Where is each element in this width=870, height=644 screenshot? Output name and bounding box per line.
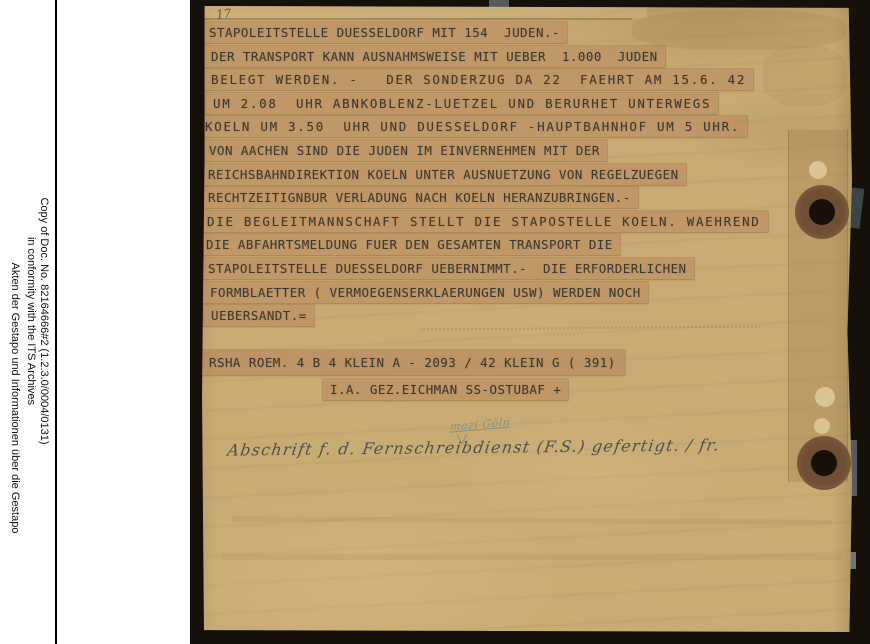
akten-label-block: Akten der Gestapo und Informationen über… bbox=[8, 233, 22, 563]
paper-streak-2 bbox=[222, 554, 842, 560]
telegram-line: DER TRANSPORT KANN AUSNAHMSWEISE MIT UEB… bbox=[204, 46, 665, 67]
doc-copy-label: Copy of Doc. No. 82164666#2 (1.2.3.0/000… bbox=[37, 171, 50, 471]
paper-crease-line bbox=[202, 18, 632, 20]
punch-hole-reinforcement-lower bbox=[797, 436, 851, 490]
paper-streak-1 bbox=[232, 516, 832, 524]
telegram-line: KOELN UM 3.50 UHR UND DUESSELDORF -HAUPT… bbox=[198, 116, 747, 137]
telegram-line: FORMBLAETTER ( VERMOEGENSERKLAERUNGEN US… bbox=[203, 282, 648, 303]
telegram-line: DIE BEGLEITMANNSCHAFT STELLT DIE STAPOST… bbox=[200, 211, 768, 232]
paper-light-spot bbox=[814, 418, 830, 434]
telegram-line: UM 2.08 UHR ABNKOBLENZ-LUETZEL UND BERUR… bbox=[206, 93, 718, 114]
handwritten-note: Abschrift f. d. Fernschreibdienst (F.S.)… bbox=[226, 435, 721, 459]
telegram-line: STAPOLEITSTELLE DUESSELDORF MIT 154 JUDE… bbox=[202, 22, 567, 43]
tape-residue-stain bbox=[632, 10, 847, 50]
archive-stamp-block: Copy of Doc. No. 82164666#2 (1.2.3.0/000… bbox=[24, 171, 50, 471]
telegram-line: REICHSBAHNDIREKTION KOELN UNTER AUSNUETZ… bbox=[201, 164, 686, 185]
reference-line: RSHA ROEM. 4 B 4 KLEIN A - 2093 / 42 KLE… bbox=[200, 350, 625, 375]
erased-pencil-scribble bbox=[420, 326, 760, 335]
margin-divider-line bbox=[55, 0, 57, 644]
punch-hole-upper bbox=[809, 199, 835, 225]
telegram-line: RECHTZEITIGNBUR VERLADUNG NACH KOELN HER… bbox=[201, 187, 638, 208]
photo-background: 17 STAPOLEITSTELLE DUESSELDORF MIT 154 J… bbox=[190, 0, 870, 644]
paper-top-band bbox=[202, 6, 647, 18]
punch-hole-lower bbox=[811, 450, 837, 476]
conformity-label: in conformity with the ITS Archives bbox=[24, 171, 37, 471]
telegram-line: UEBERSANDT.= bbox=[204, 305, 314, 326]
top-notch-mark bbox=[489, 0, 509, 8]
telegram-paper: 17 STAPOLEITSTELLE DUESSELDORF MIT 154 J… bbox=[202, 6, 852, 632]
telegram-line: BELEGT WERDEN. - DER SONDERZUG DA 22 FAE… bbox=[204, 69, 753, 90]
signature-line: I.A. GEZ.EICHMAN SS-OSTUBAF + bbox=[323, 379, 568, 400]
akten-label: Akten der Gestapo und Informationen über… bbox=[8, 233, 22, 563]
paper-light-spot bbox=[809, 161, 827, 179]
archive-scan-page: Copy of Doc. No. 82164666#2 (1.2.3.0/000… bbox=[0, 0, 870, 644]
pencil-annotation: mazi Göln bbox=[450, 415, 511, 433]
page-number-handwritten: 17 bbox=[215, 6, 232, 22]
paper-light-spot bbox=[815, 387, 835, 407]
telegram-line: VON AACHEN SIND DIE JUDEN IM EINVERNEHME… bbox=[202, 140, 607, 161]
telegram-line: STAPOLEITSTELLE DUESSELDORF UEBERNIMMT.-… bbox=[201, 258, 694, 279]
punch-hole-reinforcement-upper bbox=[795, 185, 849, 239]
corner-stain bbox=[762, 46, 847, 106]
telegram-line: DIE ABFAHRTSMELDUNG FUER DEN GESAMTEN TR… bbox=[199, 234, 620, 255]
